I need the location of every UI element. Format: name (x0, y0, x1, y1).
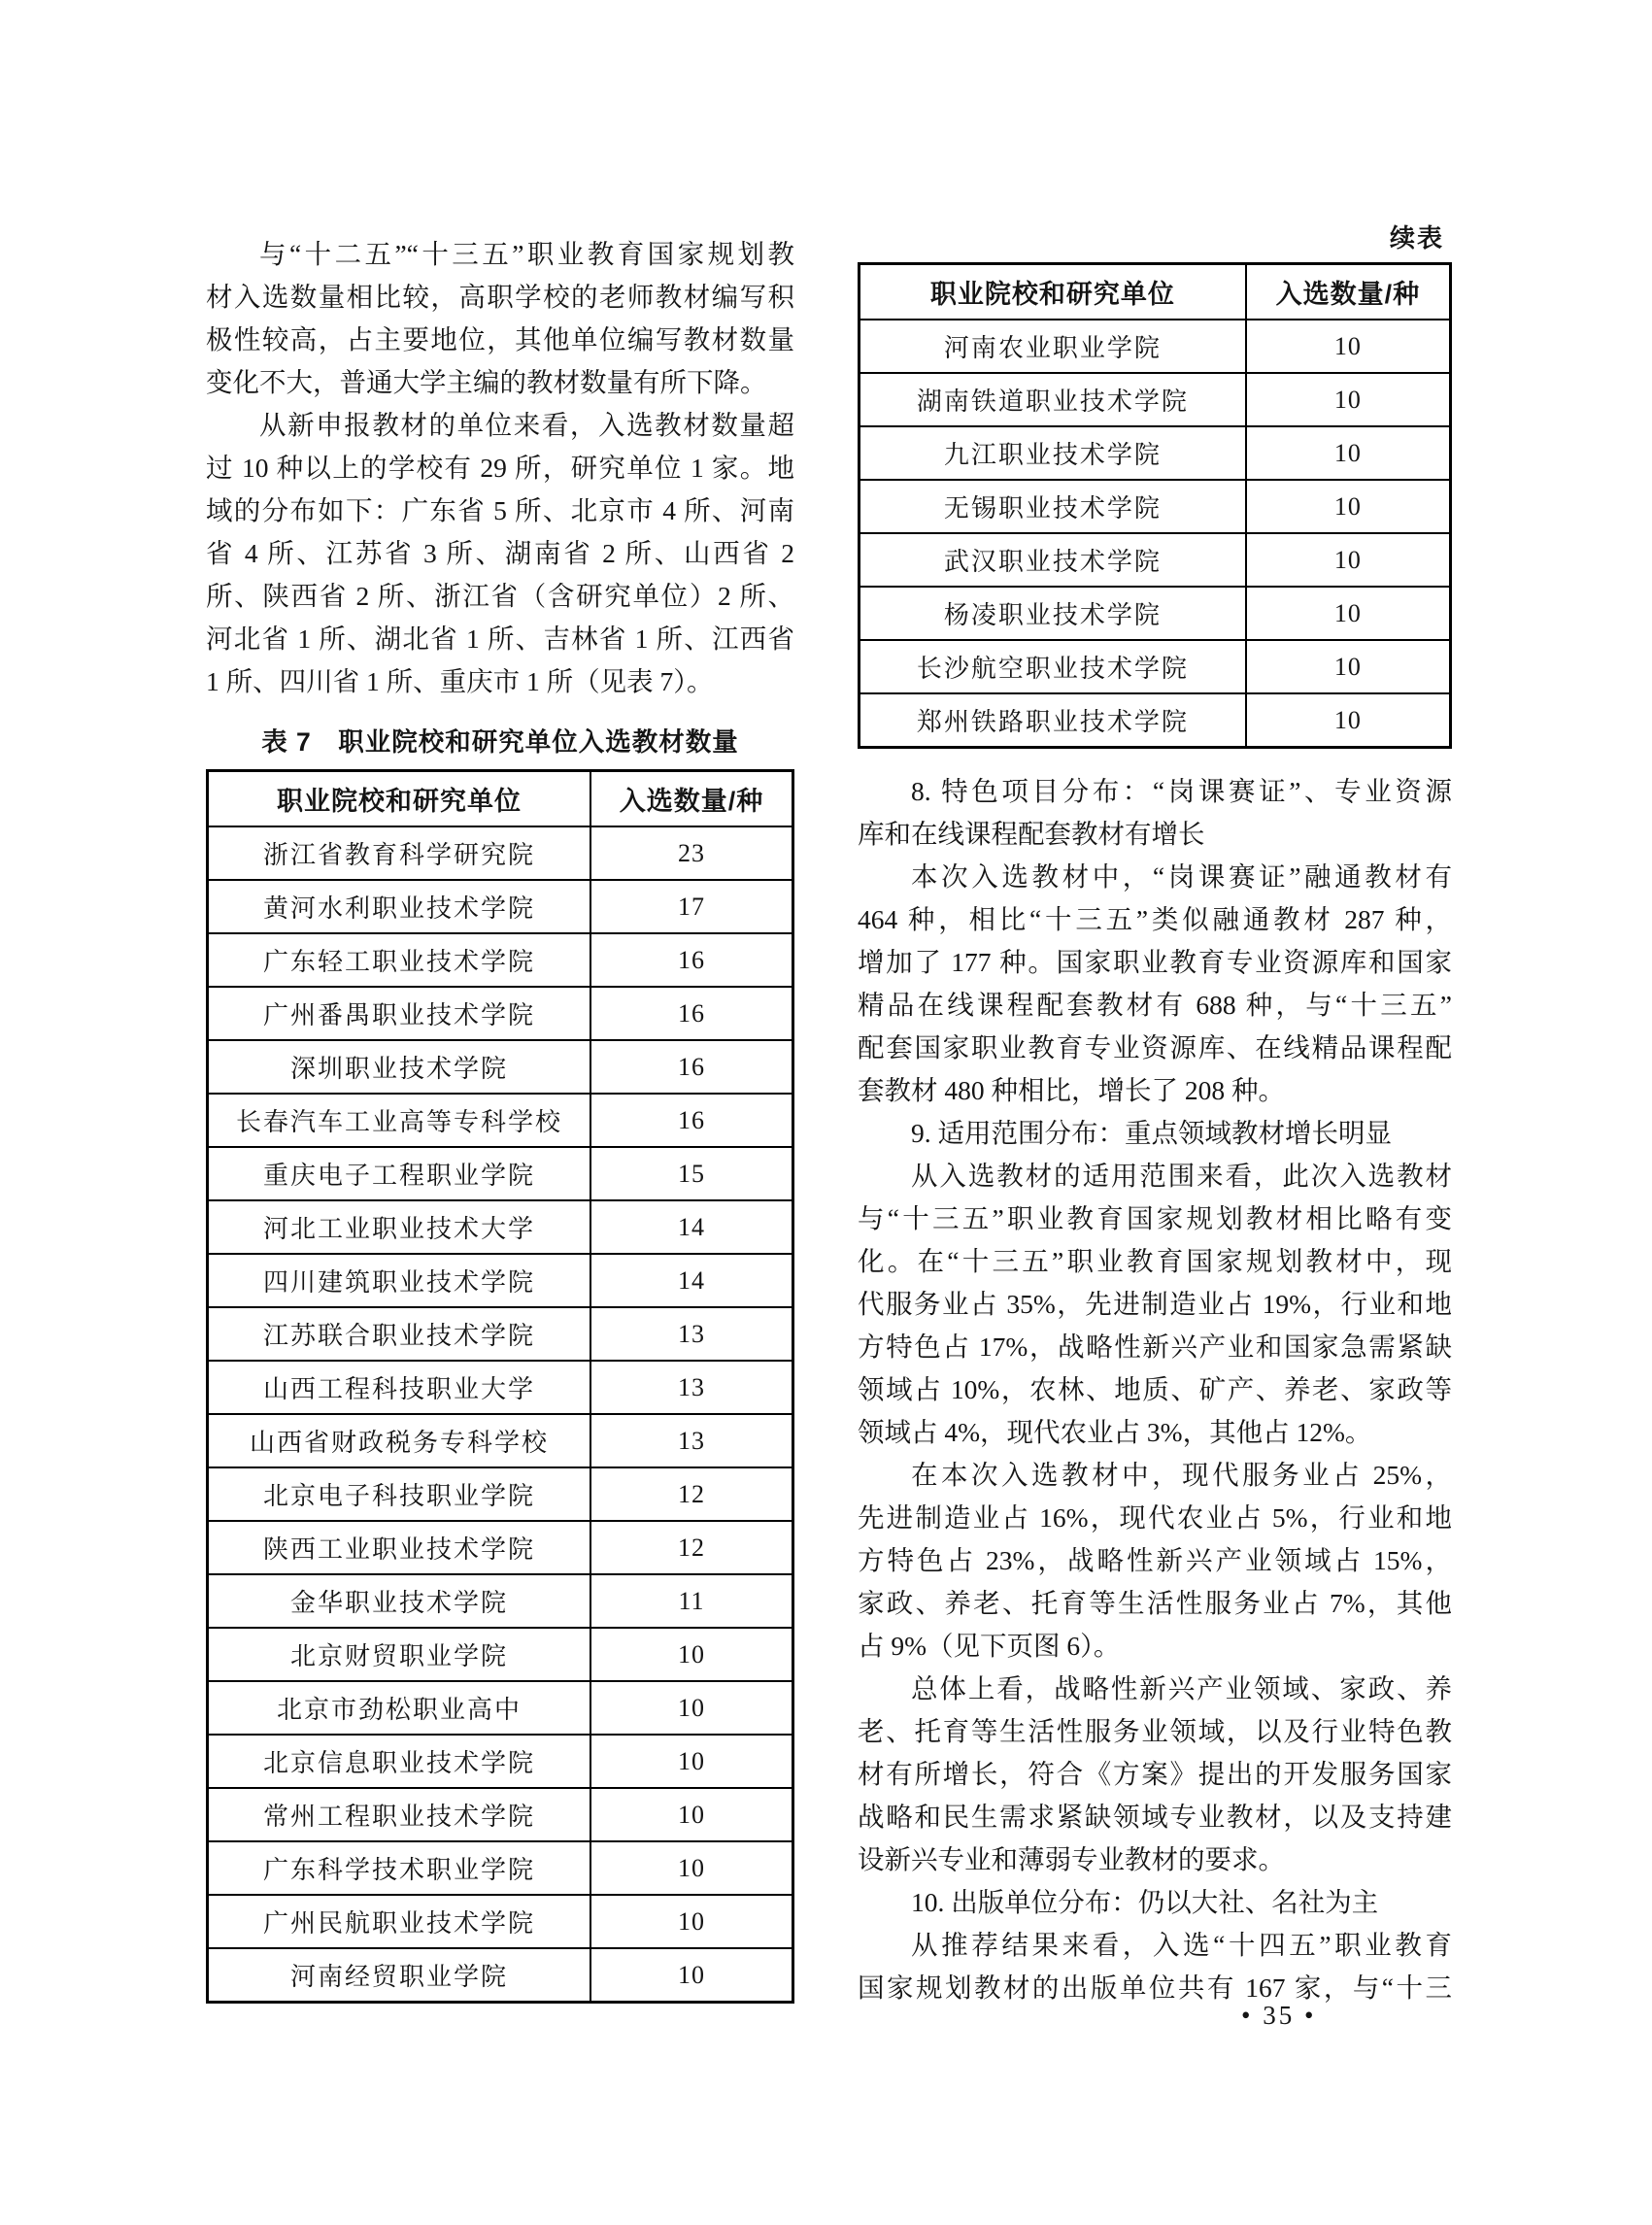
table7-caption: 表 7 职业院校和研究单位入选教材数量 (206, 721, 794, 763)
count-cell: 10 (1246, 533, 1451, 587)
school-name-cell: 重庆电子工程职业学院 (208, 1147, 590, 1200)
paragraph: 与“十二五”“十三五”职业教育国家规划教材入选数量相比较，高职学校的老师教材编写… (206, 233, 794, 404)
table-row: 广州番禺职业技术学院16 (208, 987, 793, 1040)
text-line: 1 所、四川省 1 所、重庆市 1 所（见表 7）。 (206, 660, 794, 703)
table-row: 浙江省教育科学研究院23 (208, 826, 793, 880)
count-cell: 10 (590, 1735, 793, 1788)
count-cell: 17 (590, 880, 793, 933)
table-row: 九江职业技术学院10 (860, 426, 1451, 480)
school-name-cell: 河南农业职业学院 (860, 320, 1246, 373)
text-line: 化。在“十三五”职业教育国家规划教材中，现 (858, 1240, 1452, 1283)
school-name-cell: 浙江省教育科学研究院 (208, 826, 590, 880)
count-cell: 10 (1246, 587, 1451, 640)
table-row: 广东科学技术职业学院10 (208, 1841, 793, 1895)
right-column: 续表 职业院校和研究单位入选数量/种河南农业职业学院10湖南铁道职业技术学院10… (858, 219, 1452, 2009)
column-header: 入选数量/种 (1246, 264, 1451, 320)
count-cell: 10 (590, 1681, 793, 1735)
text-line: 材有所增长，符合《方案》提出的开发服务国家 (858, 1753, 1452, 1796)
text-line: 河北省 1 所、湖北省 1 所、吉林省 1 所、江西省 (206, 618, 794, 660)
text-line: 与“十三五”职业教育国家规划教材相比略有变 (858, 1197, 1452, 1240)
school-name-cell: 深圳职业技术学院 (208, 1040, 590, 1094)
count-cell: 16 (590, 1040, 793, 1094)
paragraph: 总体上看，战略性新兴产业领域、家政、养老、托育等生活性服务业领域，以及行业特色教… (858, 1668, 1452, 1881)
school-name-cell: 郑州铁路职业技术学院 (860, 693, 1246, 748)
table-row: 山西省财政税务专科学校13 (208, 1414, 793, 1467)
text-line: 占 9%（见下页图 6）。 (858, 1625, 1452, 1668)
paragraph: 在本次入选教材中，现代服务业占 25%，先进制造业占 16%，现代农业占 5%，… (858, 1454, 1452, 1668)
table-row: 河南经贸职业学院10 (208, 1948, 793, 2003)
text-line: 领域占 10%，农林、地质、矿产、养老、家政等 (858, 1368, 1452, 1411)
text-line: 老、托育等生活性服务业领域，以及行业特色教 (858, 1710, 1452, 1753)
right-paragraphs: 8. 特色项目分布：“岗课赛证”、专业资源库和在线课程配套教材有增长本次入选教材… (858, 770, 1452, 2009)
text-line: 从入选教材的适用范围来看，此次入选教材 (858, 1155, 1452, 1197)
count-cell: 13 (590, 1361, 793, 1414)
column-header: 职业院校和研究单位 (860, 264, 1246, 320)
count-cell: 10 (590, 1841, 793, 1895)
school-name-cell: 黄河水利职业技术学院 (208, 880, 590, 933)
school-name-cell: 广州番禺职业技术学院 (208, 987, 590, 1040)
text-line: 方特色占 17%，战略性新兴产业和国家急需紧缺 (858, 1326, 1452, 1368)
text-line: 8. 特色项目分布：“岗课赛证”、专业资源 (858, 770, 1452, 813)
text-line: 设新兴专业和薄弱专业教材的要求。 (858, 1838, 1452, 1881)
table7-continuation: 职业院校和研究单位入选数量/种河南农业职业学院10湖南铁道职业技术学院10九江职… (858, 262, 1452, 749)
paragraph: 从新申报教材的单位来看，入选教材数量超过 10 种以上的学校有 29 所，研究单… (206, 404, 794, 703)
paragraph: 10. 出版单位分布：仍以大社、名社为主 (858, 1881, 1452, 1924)
table-row: 金华职业技术学院11 (208, 1574, 793, 1628)
table-row: 陕西工业职业技术学院12 (208, 1521, 793, 1574)
table-row: 黄河水利职业技术学院17 (208, 880, 793, 933)
table-row: 广东轻工职业技术学院16 (208, 933, 793, 987)
count-cell: 10 (1246, 373, 1451, 426)
count-cell: 23 (590, 826, 793, 880)
text-line: 省 4 所、江苏省 3 所、湖南省 2 所、山西省 2 (206, 532, 794, 575)
table-row: 河南农业职业学院10 (860, 320, 1451, 373)
continuation-table-label: 续表 (858, 219, 1452, 256)
text-line: 所、陕西省 2 所、浙江省（含研究单位）2 所、 (206, 575, 794, 618)
table-row: 长春汽车工业高等专科学校16 (208, 1094, 793, 1147)
table-row: 无锡职业技术学院10 (860, 480, 1451, 533)
text-line: 先进制造业占 16%，现代农业占 5%，行业和地 (858, 1497, 1452, 1539)
table-row: 湖南铁道职业技术学院10 (860, 373, 1451, 426)
school-name-cell: 长沙航空职业技术学院 (860, 640, 1246, 693)
table-row: 广州民航职业技术学院10 (208, 1895, 793, 1948)
school-name-cell: 金华职业技术学院 (208, 1574, 590, 1628)
school-name-cell: 江苏联合职业技术学院 (208, 1307, 590, 1361)
table-row: 北京电子科技职业学院12 (208, 1467, 793, 1521)
text-line: 从推荐结果来看，入选“十四五”职业教育 (858, 1924, 1452, 1967)
school-name-cell: 北京信息职业技术学院 (208, 1735, 590, 1788)
text-line: 域的分布如下：广东省 5 所、北京市 4 所、河南 (206, 489, 794, 532)
school-name-cell: 杨凌职业技术学院 (860, 587, 1246, 640)
count-cell: 10 (590, 1948, 793, 2003)
school-name-cell: 长春汽车工业高等专科学校 (208, 1094, 590, 1147)
text-line: 10. 出版单位分布：仍以大社、名社为主 (858, 1881, 1452, 1924)
table-row: 河北工业职业技术大学14 (208, 1200, 793, 1254)
text-line: 极性较高，占主要地位，其他单位编写教材数量 (206, 319, 794, 361)
table-row: 常州工程职业技术学院10 (208, 1788, 793, 1841)
count-cell: 14 (590, 1200, 793, 1254)
text-line: 过 10 种以上的学校有 29 所，研究单位 1 家。地 (206, 447, 794, 489)
text-line: 从新申报教材的单位来看，入选教材数量超 (206, 404, 794, 447)
table-header-row: 职业院校和研究单位入选数量/种 (208, 771, 793, 827)
count-cell: 10 (1246, 480, 1451, 533)
paragraph: 9. 适用范围分布：重点领域教材增长明显 (858, 1112, 1452, 1155)
text-line: 方特色占 23%，战略性新兴产业领域占 15%， (858, 1539, 1452, 1582)
page-number: • 35 • (1241, 2001, 1316, 2031)
left-column: 与“十二五”“十三五”职业教育国家规划教材入选数量相比较，高职学校的老师教材编写… (206, 233, 794, 2004)
school-name-cell: 无锡职业技术学院 (860, 480, 1246, 533)
school-name-cell: 湖南铁道职业技术学院 (860, 373, 1246, 426)
school-name-cell: 四川建筑职业技术学院 (208, 1254, 590, 1307)
school-name-cell: 武汉职业技术学院 (860, 533, 1246, 587)
count-cell: 10 (1246, 693, 1451, 748)
school-name-cell: 北京电子科技职业学院 (208, 1467, 590, 1521)
text-line: 套教材 480 种相比，增长了 208 种。 (858, 1069, 1452, 1112)
column-header: 入选数量/种 (590, 771, 793, 827)
table-header-row: 职业院校和研究单位入选数量/种 (860, 264, 1451, 320)
school-name-cell: 广州民航职业技术学院 (208, 1895, 590, 1948)
table-row: 江苏联合职业技术学院13 (208, 1307, 793, 1361)
count-cell: 16 (590, 987, 793, 1040)
count-cell: 10 (1246, 320, 1451, 373)
text-line: 精品在线课程配套教材有 688 种，与“十三五” (858, 984, 1452, 1027)
table7: 职业院校和研究单位入选数量/种浙江省教育科学研究院23黄河水利职业技术学院17广… (206, 769, 794, 2004)
table-row: 北京信息职业技术学院10 (208, 1735, 793, 1788)
text-line: 变化不大，普通大学主编的教材数量有所下降。 (206, 361, 794, 404)
text-line: 库和在线课程配套教材有增长 (858, 813, 1452, 856)
paragraph: 8. 特色项目分布：“岗课赛证”、专业资源库和在线课程配套教材有增长 (858, 770, 1452, 856)
text-line: 9. 适用范围分布：重点领域教材增长明显 (858, 1112, 1452, 1155)
count-cell: 10 (590, 1895, 793, 1948)
count-cell: 15 (590, 1147, 793, 1200)
table-row: 武汉职业技术学院10 (860, 533, 1451, 587)
count-cell: 10 (1246, 426, 1451, 480)
text-line: 战略和民生需求紧缺领域专业教材，以及支持建 (858, 1796, 1452, 1838)
table-row: 长沙航空职业技术学院10 (860, 640, 1451, 693)
text-line: 配套国家职业教育专业资源库、在线精品课程配 (858, 1027, 1452, 1069)
count-cell: 16 (590, 1094, 793, 1147)
table-row: 郑州铁路职业技术学院10 (860, 693, 1451, 748)
text-line: 材入选数量相比较，高职学校的老师教材编写积 (206, 276, 794, 319)
text-line: 总体上看，战略性新兴产业领域、家政、养 (858, 1668, 1452, 1710)
school-name-cell: 河南经贸职业学院 (208, 1948, 590, 2003)
text-line: 在本次入选教材中，现代服务业占 25%， (858, 1454, 1452, 1497)
text-line: 家政、养老、托育等生活性服务业占 7%，其他 (858, 1582, 1452, 1625)
table-row: 四川建筑职业技术学院14 (208, 1254, 793, 1307)
text-line: 领域占 4%，现代农业占 3%，其他占 12%。 (858, 1411, 1452, 1454)
school-name-cell: 广东轻工职业技术学院 (208, 933, 590, 987)
count-cell: 10 (1246, 640, 1451, 693)
school-name-cell: 陕西工业职业技术学院 (208, 1521, 590, 1574)
count-cell: 13 (590, 1307, 793, 1361)
count-cell: 12 (590, 1467, 793, 1521)
text-line: 代服务业占 35%，先进制造业占 19%，行业和地 (858, 1283, 1452, 1326)
count-cell: 11 (590, 1574, 793, 1628)
text-line: 本次入选教材中，“岗课赛证”融通教材有 (858, 856, 1452, 898)
school-name-cell: 北京市劲松职业高中 (208, 1681, 590, 1735)
count-cell: 10 (590, 1788, 793, 1841)
table-row: 北京财贸职业学院10 (208, 1628, 793, 1681)
count-cell: 10 (590, 1628, 793, 1681)
school-name-cell: 山西省财政税务专科学校 (208, 1414, 590, 1467)
paragraph: 从推荐结果来看，入选“十四五”职业教育国家规划教材的出版单位共有 167 家，与… (858, 1924, 1452, 2009)
count-cell: 16 (590, 933, 793, 987)
paragraph: 从入选教材的适用范围来看，此次入选教材与“十三五”职业教育国家规划教材相比略有变… (858, 1155, 1452, 1454)
table-row: 深圳职业技术学院16 (208, 1040, 793, 1094)
paragraph: 本次入选教材中，“岗课赛证”融通教材有464 种，相比“十三五”类似融通教材 2… (858, 856, 1452, 1112)
count-cell: 14 (590, 1254, 793, 1307)
school-name-cell: 河北工业职业技术大学 (208, 1200, 590, 1254)
text-line: 464 种，相比“十三五”类似融通教材 287 种， (858, 898, 1452, 941)
table-row: 山西工程科技职业大学13 (208, 1361, 793, 1414)
school-name-cell: 山西工程科技职业大学 (208, 1361, 590, 1414)
text-line: 国家规划教材的出版单位共有 167 家，与“十三 (858, 1967, 1452, 2009)
text-line: 与“十二五”“十三五”职业教育国家规划教 (206, 233, 794, 276)
table-row: 杨凌职业技术学院10 (860, 587, 1451, 640)
school-name-cell: 常州工程职业技术学院 (208, 1788, 590, 1841)
school-name-cell: 九江职业技术学院 (860, 426, 1246, 480)
table-row: 北京市劲松职业高中10 (208, 1681, 793, 1735)
column-header: 职业院校和研究单位 (208, 771, 590, 827)
table-row: 重庆电子工程职业学院15 (208, 1147, 793, 1200)
count-cell: 12 (590, 1521, 793, 1574)
school-name-cell: 广东科学技术职业学院 (208, 1841, 590, 1895)
count-cell: 13 (590, 1414, 793, 1467)
school-name-cell: 北京财贸职业学院 (208, 1628, 590, 1681)
left-paragraphs: 与“十二五”“十三五”职业教育国家规划教材入选数量相比较，高职学校的老师教材编写… (206, 233, 794, 703)
text-line: 增加了 177 种。国家职业教育专业资源库和国家 (858, 941, 1452, 984)
document-page: 与“十二五”“十三五”职业教育国家规划教材入选数量相比较，高职学校的老师教材编写… (0, 0, 1652, 2225)
